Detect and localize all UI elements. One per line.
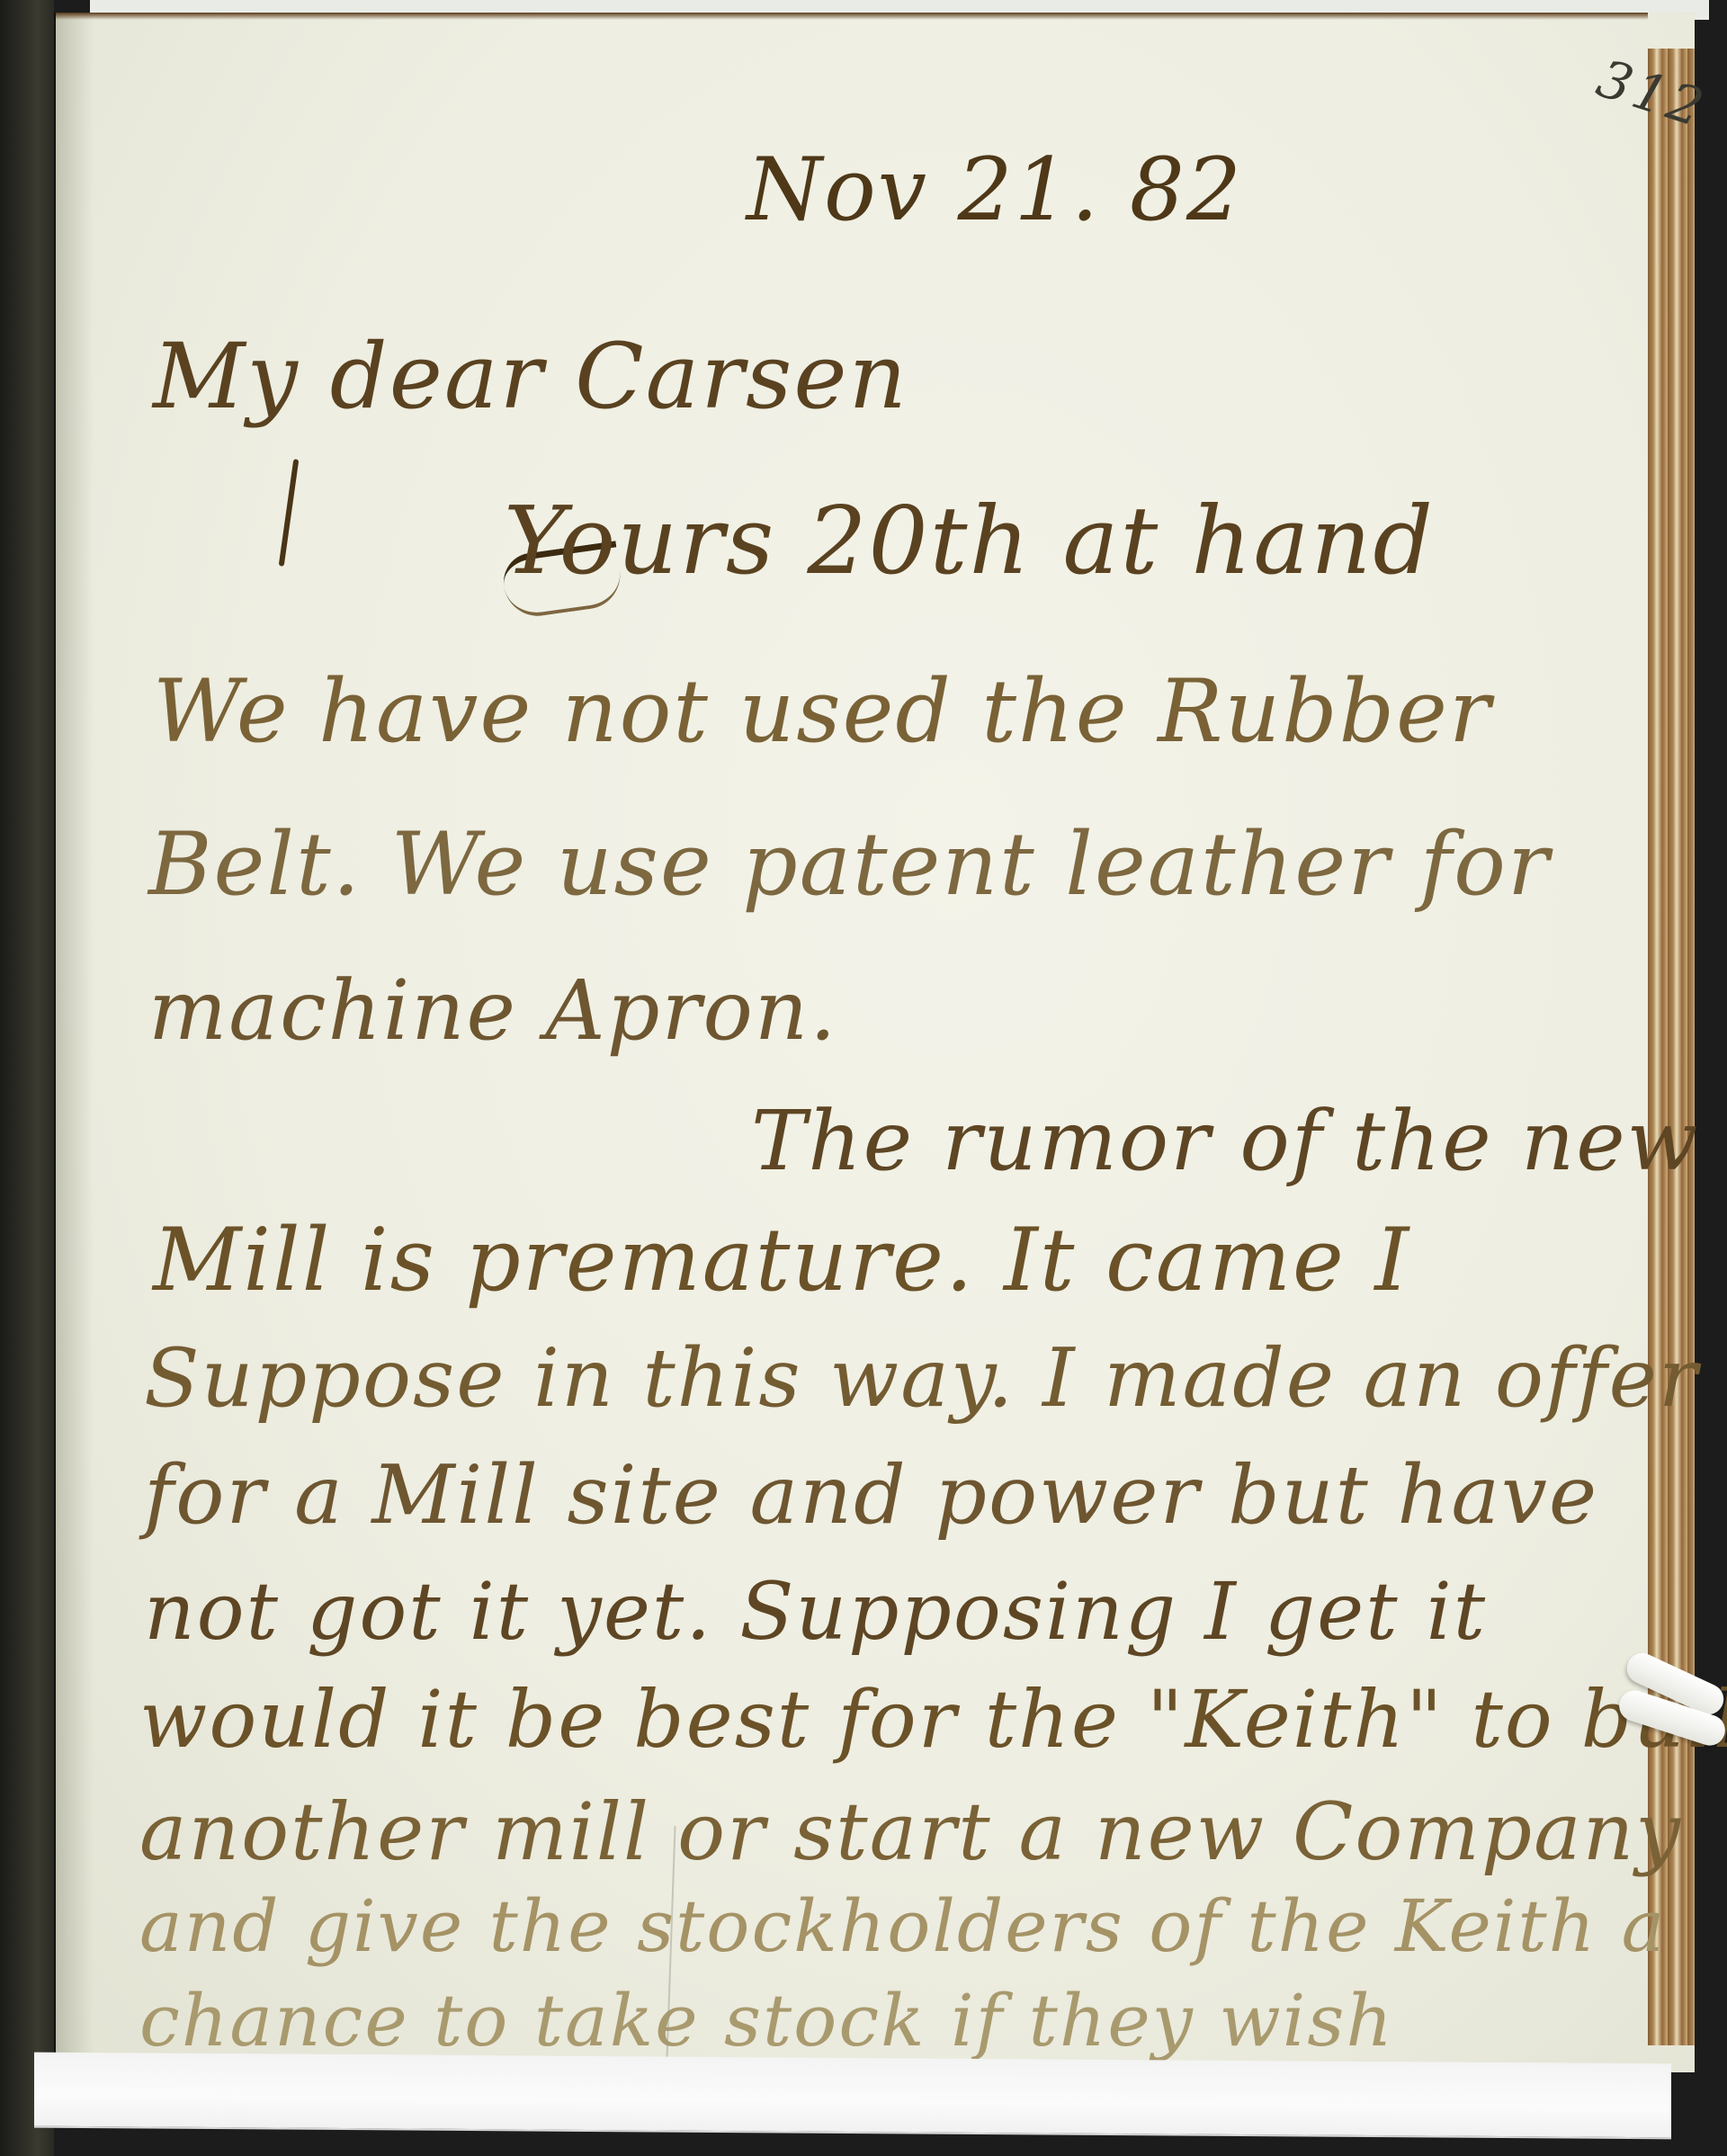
underlying-sheet-bottom (34, 2053, 1671, 2140)
body-line: We have not used the Rubber (153, 661, 1492, 762)
body-line: not got it yet. Supposing I get it (144, 1565, 1487, 1658)
letter-date: Nov 21. 82 (747, 139, 1243, 240)
body-line-faded: chance to take stock if they wish (139, 1979, 1394, 2062)
body-line-paragraph-start: The rumor of the new (751, 1093, 1699, 1189)
body-line: for a Mill site and power but have (144, 1448, 1598, 1543)
salutation: My dear Carsen (153, 324, 908, 429)
body-line: Suppose in this way. I made an offer (144, 1331, 1699, 1426)
body-line-acknowledgement: Yours 20th at hand (504, 486, 1435, 595)
body-line: machine Apron. (148, 962, 837, 1059)
binding-background (0, 0, 54, 2156)
body-line-faded: and give the stockholders of the Keith a (139, 1884, 1666, 1968)
page-top-edge (56, 13, 1648, 20)
gutter-shadow (56, 13, 94, 2072)
body-line: Belt. We use patent leather for (148, 814, 1551, 915)
body-line: Mill is premature. It came I (153, 1210, 1410, 1311)
body-line: would it be best for the "Keith" to buil… (139, 1673, 1727, 1766)
body-line: another mill or start a new Company (139, 1785, 1682, 1878)
